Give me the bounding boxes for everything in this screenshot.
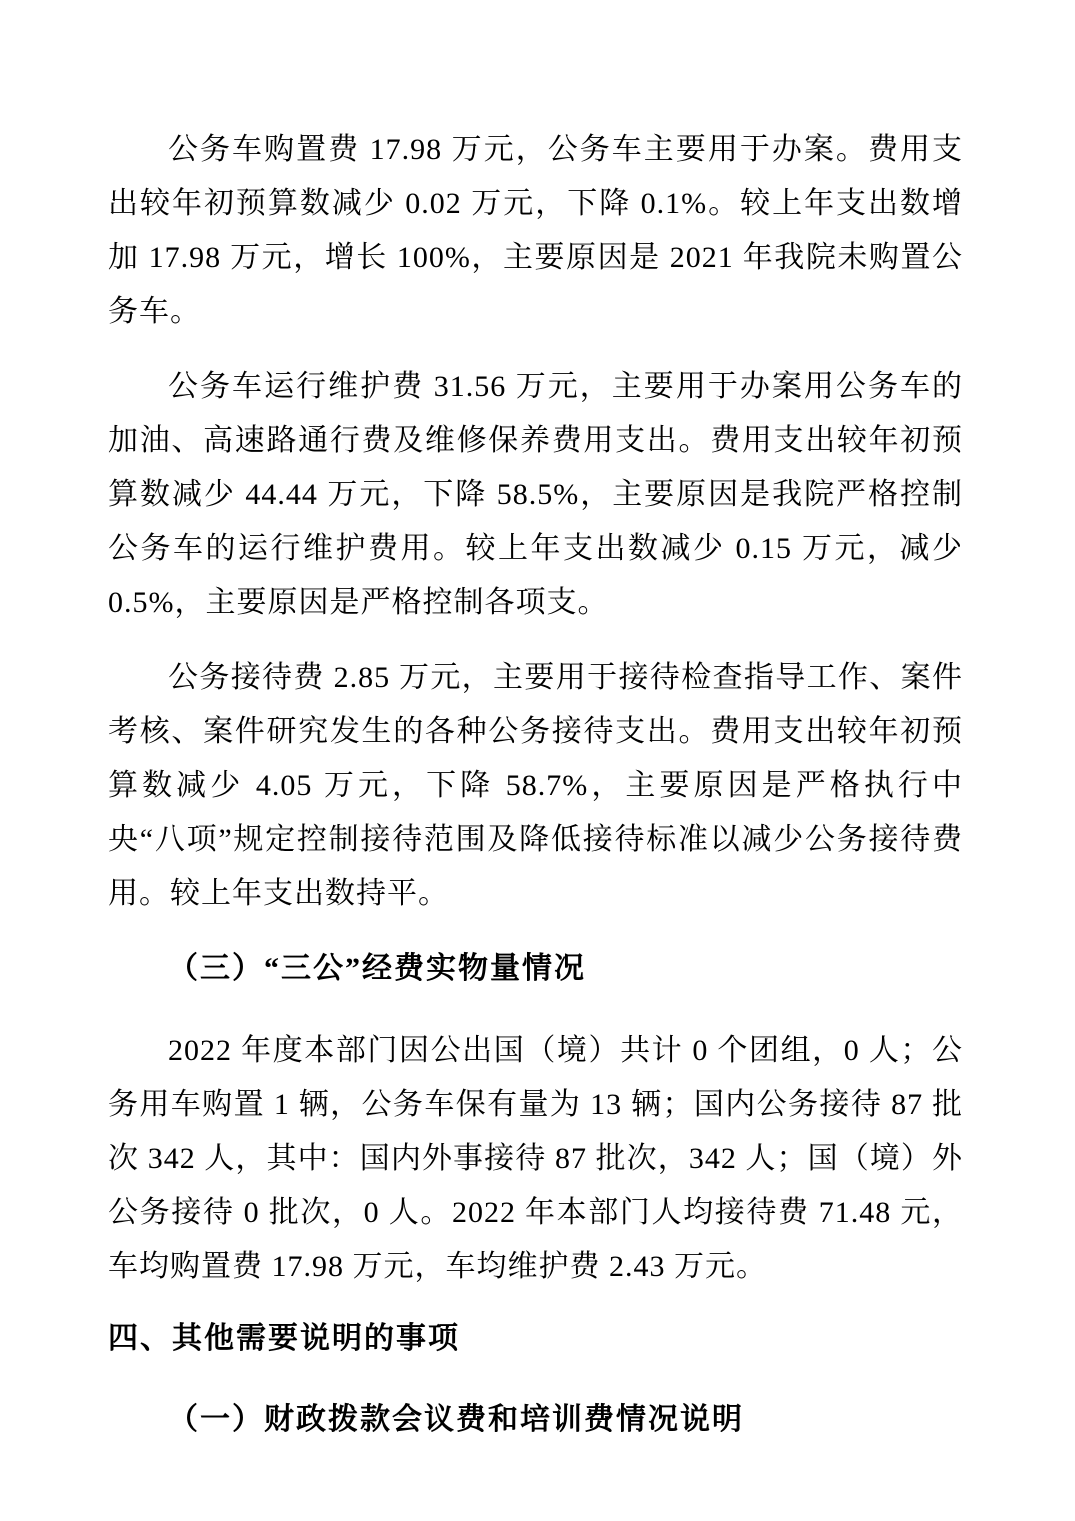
paragraph-official-reception-fee: 公务接待费 2.85 万元，主要用于接待检查指导工作、案件考核、案件研究发生的各…: [108, 651, 963, 921]
heading-section-four-other-matters: 四、其他需要说明的事项: [108, 1315, 963, 1363]
heading-three-public-expenses-physical-quantity: （三）“三公”经费实物量情况: [108, 942, 963, 996]
paragraph-physical-quantity-details: 2022 年度本部门因公出国（境）共计 0 个团组，0 人；公务用车购置 1 辆…: [108, 1024, 963, 1294]
heading-subsection-one-meeting-training-fees: （一）财政拨款会议费和培训费情况说明: [108, 1393, 963, 1447]
paragraph-car-operation-maintenance-fee: 公务车运行维护费 31.56 万元，主要用于办案用公务车的加油、高速路通行费及维…: [108, 360, 963, 630]
paragraph-car-purchase-fee: 公务车购置费 17.98 万元，公务车主要用于办案。费用支出较年初预算数减少 0…: [108, 123, 963, 339]
document-page: 公务车购置费 17.98 万元，公务车主要用于办案。费用支出较年初预算数减少 0…: [0, 0, 1075, 1521]
